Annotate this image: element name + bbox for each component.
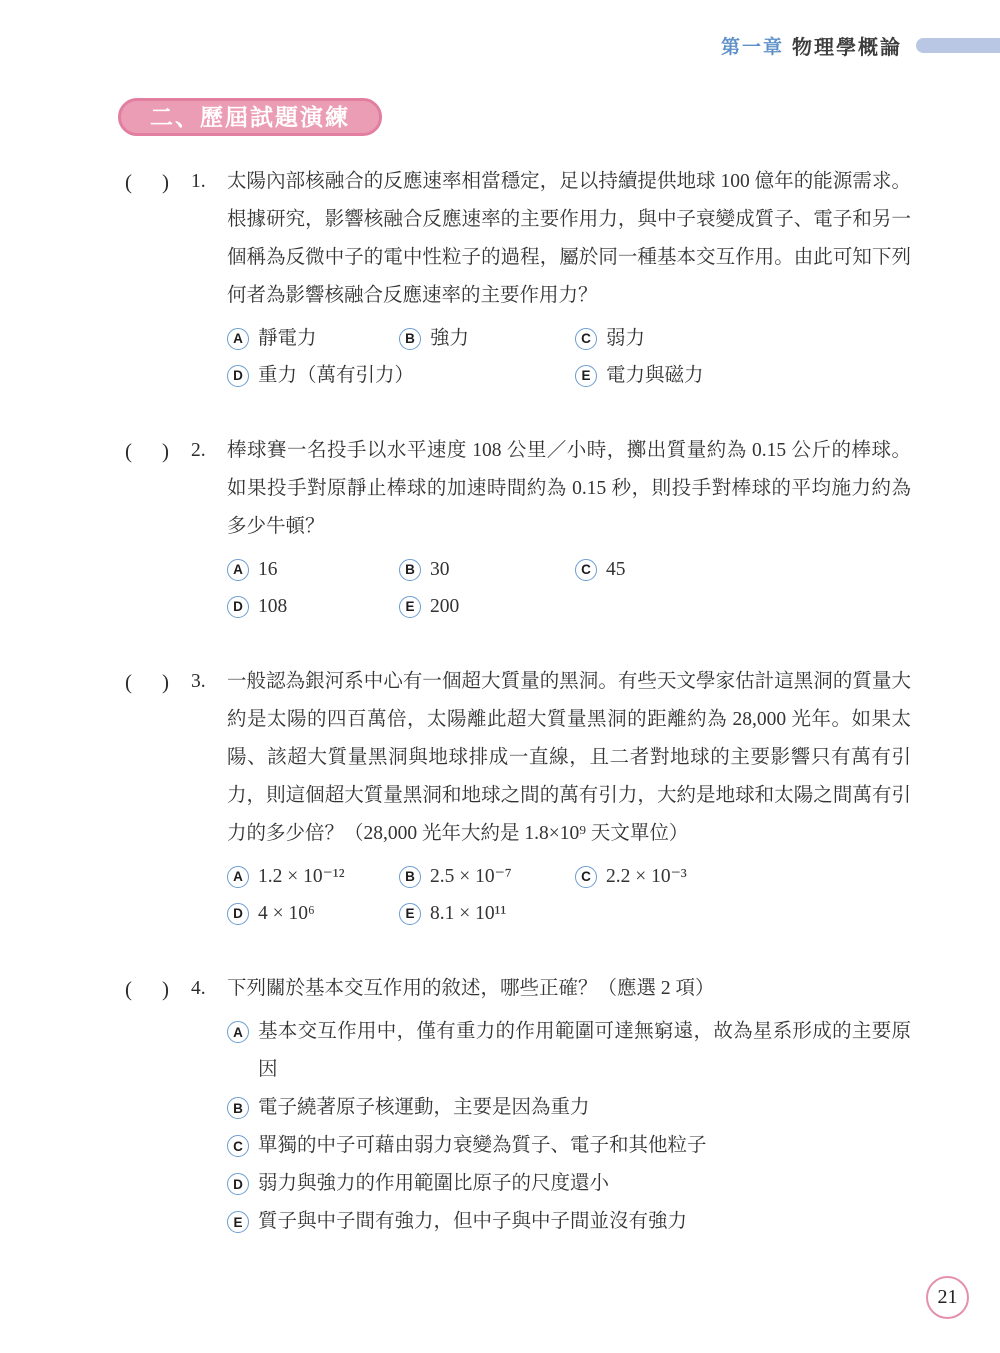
q2-option-a: A 16 <box>227 551 399 588</box>
q3-option-e: E 8.1 × 10¹¹ <box>399 895 575 932</box>
option-letter-a-icon: A <box>227 559 249 581</box>
option-letter-d-icon: D <box>227 365 249 387</box>
q3-option-b: B 2.5 × 10⁻⁷ <box>399 858 575 895</box>
q4-option-e: E 質子與中子間有強力，但中子與中子間並沒有強力 <box>227 1203 911 1241</box>
q4-option-d: D 弱力與強力的作用範圍比原子的尺度還小 <box>227 1165 911 1203</box>
paren-open: ( <box>125 970 132 1008</box>
blank-gap <box>132 663 162 701</box>
option-letter-c-icon: C <box>575 559 597 581</box>
q2-option-b: B 30 <box>399 551 575 588</box>
q4-option-c: C 單獨的中子可藉由弱力衰變為質子、電子和其他粒子 <box>227 1127 911 1165</box>
option-letter-c-icon: C <box>575 866 597 888</box>
q4-option-a: A 基本交互作用中，僅有重力的作用範圍可達無窮遠，故為星系形成的主要原因 <box>227 1013 911 1089</box>
q2-option-d: D 108 <box>227 588 399 625</box>
q2-number: 2. <box>185 432 227 470</box>
question-3: ( ) 3. 一般認為銀河系中心有一個超大質量的黑洞。有些天文學家估計這黑洞的質… <box>125 663 911 932</box>
q1-option-b: B 強力 <box>399 320 575 357</box>
option-letter-a-icon: A <box>227 328 249 350</box>
paren-close: ) <box>162 663 169 701</box>
q1-options: A 靜電力 B 強力 C 弱力 D 重力（萬有引力） <box>227 320 911 394</box>
q3-option-a: A 1.2 × 10⁻¹² <box>227 858 399 895</box>
question-1: ( ) 1. 太陽內部核融合的反應速率相當穩定，足以持續提供地球 100 億年的… <box>125 163 911 394</box>
q1-option-d: D 重力（萬有引力） <box>227 357 575 394</box>
section-banner: 二、歷屆試題演練 <box>118 98 382 136</box>
option-letter-b-icon: B <box>399 559 421 581</box>
option-letter-e-icon: E <box>399 903 421 925</box>
q3-number: 3. <box>185 663 227 701</box>
q1-text: 太陽內部核融合的反應速率相當穩定，足以持續提供地球 100 億年的能源需求。根據… <box>227 163 911 315</box>
header-decoration-bar <box>916 38 1000 53</box>
paren-close: ) <box>162 432 169 470</box>
option-letter-b-icon: B <box>399 866 421 888</box>
option-letter-b-icon: B <box>227 1097 249 1119</box>
q1-option-a: A 靜電力 <box>227 320 399 357</box>
q3-answer-blank: ( ) <box>125 663 185 701</box>
option-letter-a-icon: A <box>227 1021 249 1043</box>
q2-option-c: C 45 <box>575 551 911 588</box>
option-letter-e-icon: E <box>227 1211 249 1233</box>
question-2: ( ) 2. 棒球賽一名投手以水平速度 108 公里／小時，擲出質量約為 0.1… <box>125 432 911 625</box>
option-letter-b-icon: B <box>399 328 421 350</box>
page-header: 第一章 物理學概論 <box>0 33 1000 57</box>
q1-answer-blank: ( ) <box>125 163 185 201</box>
option-letter-e-icon: E <box>575 365 597 387</box>
paren-open: ( <box>125 163 132 201</box>
q4-option-b: B 電子繞著原子核運動，主要是因為重力 <box>227 1089 911 1127</box>
q4-text: 下列關於基本交互作用的敘述，哪些正確？（應選 2 項） <box>227 970 911 1008</box>
option-letter-d-icon: D <box>227 596 249 618</box>
q3-options: A 1.2 × 10⁻¹² B 2.5 × 10⁻⁷ C 2.2 × 10⁻³ … <box>227 858 911 932</box>
blank-gap <box>132 970 162 1008</box>
q3-option-c: C 2.2 × 10⁻³ <box>575 858 911 895</box>
q4-options: A 基本交互作用中，僅有重力的作用範圍可達無窮遠，故為星系形成的主要原因 B 電… <box>227 1013 911 1241</box>
option-letter-d-icon: D <box>227 903 249 925</box>
chapter-label: 第一章 <box>721 32 784 59</box>
blank-gap <box>132 432 162 470</box>
q4-answer-blank: ( ) <box>125 970 185 1008</box>
q2-text: 棒球賽一名投手以水平速度 108 公里／小時，擲出質量約為 0.15 公斤的棒球… <box>227 432 911 546</box>
q3-option-d: D 4 × 10⁶ <box>227 895 399 932</box>
question-list: ( ) 1. 太陽內部核融合的反應速率相當穩定，足以持續提供地球 100 億年的… <box>125 163 911 1241</box>
question-4: ( ) 4. 下列關於基本交互作用的敘述，哪些正確？（應選 2 項） A 基本交… <box>125 970 911 1241</box>
option-letter-e-icon: E <box>399 596 421 618</box>
paren-close: ) <box>162 970 169 1008</box>
option-letter-a-icon: A <box>227 866 249 888</box>
q2-options: A 16 B 30 C 45 D 108 <box>227 551 911 625</box>
option-letter-c-icon: C <box>575 328 597 350</box>
blank-gap <box>132 163 162 201</box>
chapter-title: 物理學概論 <box>792 31 902 60</box>
paren-open: ( <box>125 663 132 701</box>
q4-number: 4. <box>185 970 227 1008</box>
option-letter-c-icon: C <box>227 1135 249 1157</box>
q2-answer-blank: ( ) <box>125 432 185 470</box>
q1-number: 1. <box>185 163 227 201</box>
paren-close: ) <box>162 163 169 201</box>
q3-text: 一般認為銀河系中心有一個超大質量的黑洞。有些天文學家估計這黑洞的質量大約是太陽的… <box>227 663 911 853</box>
q2-option-e: E 200 <box>399 588 575 625</box>
page-number: 21 <box>926 1276 969 1319</box>
q1-option-e: E 電力與磁力 <box>575 357 911 394</box>
q1-option-c: C 弱力 <box>575 320 911 357</box>
option-letter-d-icon: D <box>227 1173 249 1195</box>
paren-open: ( <box>125 432 132 470</box>
